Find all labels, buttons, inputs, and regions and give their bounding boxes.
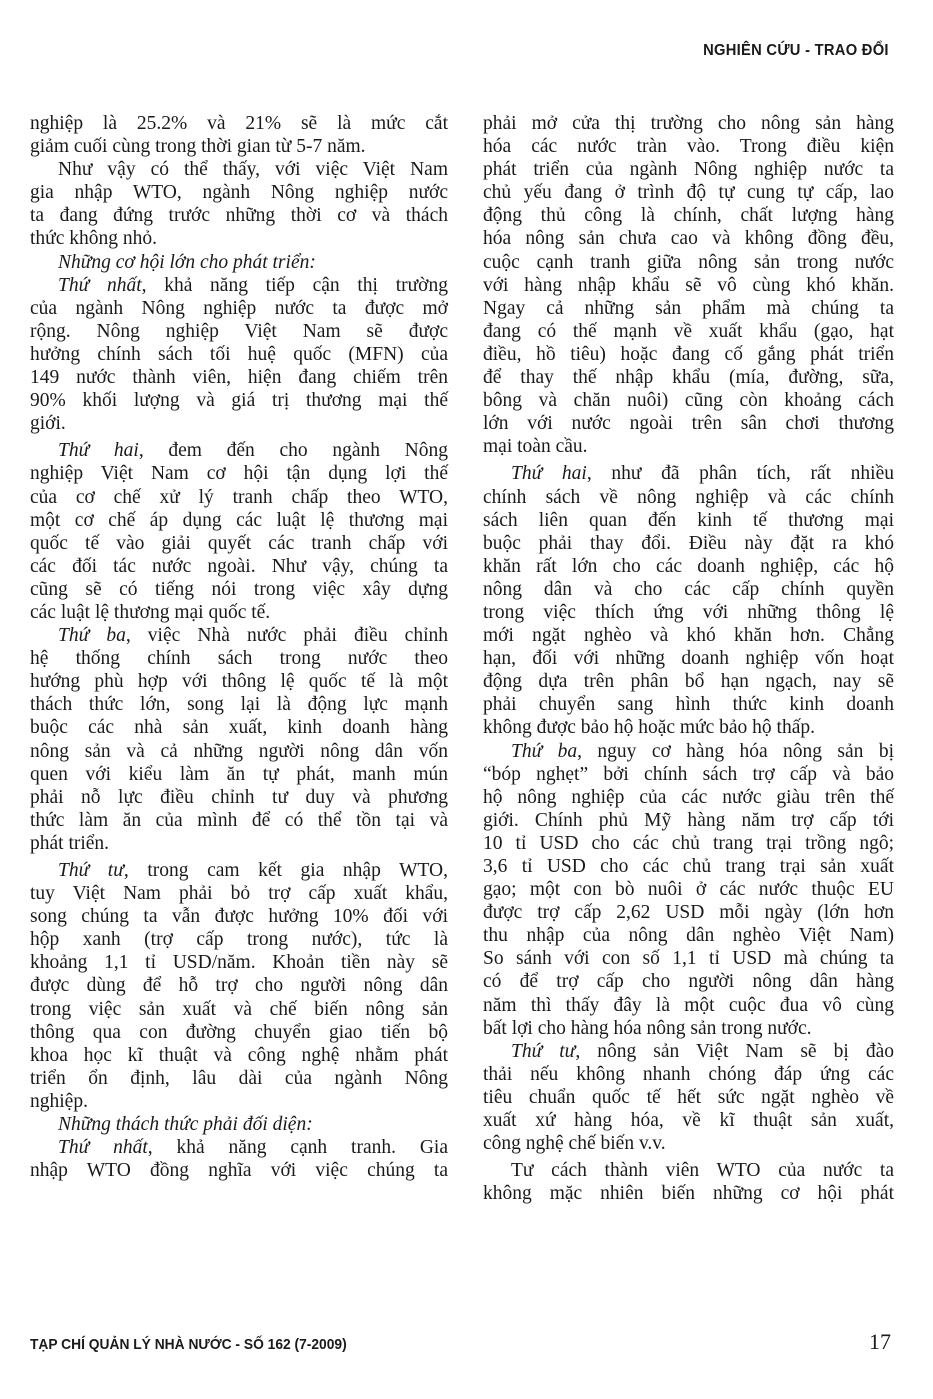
text-line: mại toàn cầu. (483, 435, 894, 458)
text-line: Tư cách thành viên WTO của nước ta (483, 1159, 894, 1182)
text-line: phải mở cửa thị trường cho nông sản hàng (483, 112, 894, 135)
text-fragment: , khả năng tiếp cận thị trường (142, 275, 448, 296)
text-line: phát triển. (30, 832, 448, 855)
text-line: khoảng 1,1 tỉ USD/năm. Khoản tiền này sẽ (30, 951, 448, 974)
text-line: phải chuyển sang hình thức kinh doanh (483, 693, 894, 716)
text-line: “bóp nghẹt” bởi chính sách trợ cấp và bả… (483, 763, 894, 786)
lead-term: Thứ hai (58, 440, 139, 461)
text-line: gạo; một con bò nuôi ở các nước thuộc EU (483, 878, 894, 901)
text-line: quen với kiểu làm ăn tự phát, manh mún (30, 763, 448, 786)
lead-term: Thứ tư (511, 1041, 575, 1062)
text-line: Thứ hai, đem đến cho ngành Nông (30, 439, 448, 462)
text-line: được dùng để hỗ trợ cho người nông dân (30, 974, 448, 997)
text-line: phải nỗ lực điều chỉnh tư duy và phương (30, 786, 448, 809)
text-line: 149 nước thành viên, hiện đang chiếm trê… (30, 366, 448, 389)
section-header: NGHIÊN CỨU - TRAO ĐỔI (703, 42, 889, 60)
text-line: các luật lệ thương mại quốc tế. (30, 601, 448, 624)
text-line: động dựa trên phân bổ hạn ngạch, nay sẽ (483, 670, 894, 693)
text-line: ta đang đứng trước những thời cơ và thác… (30, 204, 448, 227)
text-line: mới ngặt nghèo và khó khăn hơn. Chẳng (483, 624, 894, 647)
text-line: không mặc nhiên biến những cơ hội phát (483, 1182, 894, 1205)
text-line: công nghệ chế biến v.v. (483, 1132, 894, 1155)
text-line: thức làm ăn của mình để có thể tồn tại v… (30, 809, 448, 832)
lead-term: Thứ ba (58, 625, 126, 646)
text-line: Ngay cả những sản phẩm mà chúng ta (483, 297, 894, 320)
text-line: rộng. Nông nghiệp Việt Nam sẽ được (30, 320, 448, 343)
text-line: nông dân và cho các cấp chính quyền (483, 578, 894, 601)
page-number: 17 (869, 1329, 891, 1355)
text-line: của ngành Nông nghiệp nước ta được mở (30, 297, 448, 320)
text-line: động thủ công là chính, chất lượng hàng (483, 204, 894, 227)
text-line: giới. Chính phủ Mỹ hàng năm trợ cấp tới (483, 809, 894, 832)
text-line: khăn rất lớn cho các doanh nghiệp, các h… (483, 555, 894, 578)
text-fragment: , trong cam kết gia nhập WTO, (124, 860, 448, 881)
text-line: hệ thống chính sách trong nước theo (30, 647, 448, 670)
text-line: hộ nông nghiệp của các nước giàu trên th… (483, 786, 894, 809)
text-line: thông qua con đường chuyển giao tiến bộ (30, 1021, 448, 1044)
text-line: Thứ ba, nguy cơ hàng hóa nông sản bị (483, 740, 894, 763)
text-line: Như vậy có thể thấy, với việc Việt Nam (30, 158, 448, 181)
text-line: cuộc cạnh tranh giữa nông sản trong nước (483, 251, 894, 274)
lead-term: Thứ ba (511, 741, 577, 762)
text-line: Thứ tư, trong cam kết gia nhập WTO, (30, 859, 448, 882)
text-line: thải nếu không nhanh chóng đáp ứng các (483, 1063, 894, 1086)
text-line: cũng sẽ có tiếng nói trong việc xây dựng (30, 578, 448, 601)
text-line: 3,6 tỉ USD cho các chủ trang trại sản xu… (483, 855, 894, 878)
lead-term: Thứ nhất (58, 275, 142, 296)
text-line: các đối tác nước ngoài. Như vậy, chúng t… (30, 555, 448, 578)
text-fragment: , đem đến cho ngành Nông (139, 440, 448, 461)
text-line: trong việc thích ứng với những thông lệ (483, 601, 894, 624)
text-line: hưởng chính sách tối huệ quốc (MFN) của (30, 343, 448, 366)
text-line: hóa các nước tràn vào. Trong điều kiện (483, 135, 894, 158)
text-line: chủ yếu đang ở trình độ tự cung tự cấp, … (483, 181, 894, 204)
text-line: thách thức lớn, song lại là động lực mạn… (30, 693, 448, 716)
text-line: giới. (30, 412, 448, 435)
text-line: thức không nhỏ. (30, 227, 448, 250)
journal-footer: TẠP CHÍ QUẢN LÝ NHÀ NƯỚC - SỐ 162 (7-200… (30, 1336, 347, 1353)
text-line: năm thì thấy đây là một cuộc đua vô cùng (483, 994, 894, 1017)
text-line: thu nhập của nông dân nghèo Việt Nam) (483, 924, 894, 947)
text-line: nghiệp. (30, 1090, 448, 1113)
text-line: Thứ tư, nông sản Việt Nam sẽ bị đào (483, 1040, 894, 1063)
text-line: để thay thế nhập khẩu (mía, đường, sữa, (483, 366, 894, 389)
text-fragment: , nông sản Việt Nam sẽ bị đào (575, 1041, 894, 1062)
text-line: 10 tỉ USD cho các chủ trang trại trồng n… (483, 832, 894, 855)
text-line: hộp xanh (trợ cấp trong nước), tức là (30, 928, 448, 951)
text-line: buộc phải thay đổi. Điều này đặt ra khó (483, 532, 894, 555)
text-line: hóa nông sản chưa cao và không đồng đều, (483, 227, 894, 250)
text-line: nhập WTO đồng nghĩa với việc chúng ta (30, 1159, 448, 1182)
text-line: Thứ hai, như đã phân tích, rất nhiều (483, 462, 894, 485)
text-fragment: , việc Nhà nước phải điều chỉnh (126, 625, 448, 646)
text-line: một cơ chế áp dụng các luật lệ thương mạ… (30, 509, 448, 532)
text-line: hạn, đối với những doanh nghiệp vốn hoạt (483, 647, 894, 670)
text-line: nghiệp là 25.2% và 21% sẽ là mức cắt (30, 112, 448, 135)
text-line: sách liên quan đến kinh tế thương mại (483, 509, 894, 532)
text-line: buộc các nhà sản xuất, kinh doanh hàng (30, 716, 448, 739)
text-line: gia nhập WTO, ngành Nông nghiệp nước (30, 181, 448, 204)
text-line: với hàng nhập khẩu sẽ vô cùng khó khăn. (483, 274, 894, 297)
text-fragment: , nguy cơ hàng hóa nông sản bị (577, 741, 894, 762)
text-line: được trợ cấp 2,62 USD mỗi ngày (lớn hơn (483, 901, 894, 924)
text-line: chính sách về nông nghiệp và các chính (483, 486, 894, 509)
text-line: So sánh với con số 1,1 tỉ USD mà chúng t… (483, 947, 894, 970)
right-column: phải mở cửa thị trường cho nông sản hàng… (483, 112, 894, 1205)
text-line: Thứ nhất, khả năng cạnh tranh. Gia (30, 1136, 448, 1159)
text-line: hướng phù hợp với thông lệ quốc tế là mộ… (30, 670, 448, 693)
text-line: tuy Việt Nam phải bỏ trợ cấp xuất khẩu, (30, 882, 448, 905)
text-line: song chúng ta vẫn được hưởng 10% đối với (30, 905, 448, 928)
text-line: của cơ chế xử lý tranh chấp theo WTO, (30, 486, 448, 509)
lead-term: Thứ nhất (58, 1137, 148, 1158)
lead-term: Thứ tư (58, 860, 124, 881)
text-line: triển ổn định, lâu dài của ngành Nông (30, 1067, 448, 1090)
text-line: phát triển của ngành Nông nghiệp nước ta (483, 158, 894, 181)
text-line: khoa học kĩ thuật và công nghệ nhằm phát (30, 1044, 448, 1067)
text-line: nông sản và cả những người nông dân vốn (30, 740, 448, 763)
text-line: lớn với nước ngoài trên sân chơi thương (483, 412, 894, 435)
text-line: bông và chăn nuôi) cũng còn khoảng cách (483, 389, 894, 412)
text-line: xuất xứ hàng hóa, về kĩ thuật sản xuất, (483, 1109, 894, 1132)
left-column: nghiệp là 25.2% và 21% sẽ là mức cắt giả… (30, 112, 448, 1182)
text-fragment: , như đã phân tích, rất nhiều (587, 463, 894, 484)
lead-term: Thứ hai (511, 463, 587, 484)
text-fragment: , khả năng cạnh tranh. Gia (148, 1137, 448, 1158)
text-line: 90% khối lượng và giá trị thương mại thế (30, 389, 448, 412)
text-line: trong việc sản xuất và chế biến nông sản (30, 998, 448, 1021)
text-line: giảm cuối cùng trong thời gian từ 5-7 nă… (30, 135, 448, 158)
text-line: tiêu chuẩn quốc tế hết sức ngặt nghèo về (483, 1086, 894, 1109)
subheading-challenges: Những thách thức phải đối diện: (30, 1113, 448, 1136)
text-line: Thứ nhất, khả năng tiếp cận thị trường (30, 274, 448, 297)
text-line: có để trợ cấp cho người nông dân hàng (483, 970, 894, 993)
text-line: quốc tế vào giải quyết các tranh chấp vớ… (30, 532, 448, 555)
text-line: điều, hồ tiêu) hoặc đang cố gắng phát tr… (483, 343, 894, 366)
text-line: không được bảo hộ hoặc mức bảo hộ thấp. (483, 716, 894, 739)
text-line: Thứ ba, việc Nhà nước phải điều chỉnh (30, 624, 448, 647)
text-line: nghiệp Việt Nam cơ hội tận dụng lợi thế (30, 462, 448, 485)
subheading-opportunities: Những cơ hội lớn cho phát triển: (30, 251, 448, 274)
text-line: bất lợi cho hàng hóa nông sản trong nước… (483, 1017, 894, 1040)
text-line: đang có thế mạnh về xuất khẩu (gạo, hạt (483, 320, 894, 343)
